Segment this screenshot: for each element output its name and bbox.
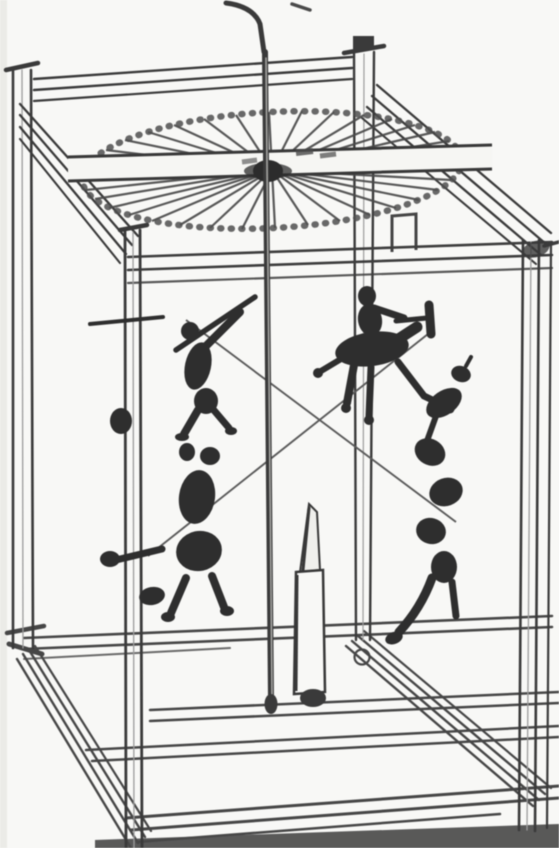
figure-horseman-lower-left bbox=[100, 443, 234, 622]
figure-rider-lower-right bbox=[383, 433, 466, 647]
front-top-rail bbox=[128, 242, 559, 283]
candle-body bbox=[294, 570, 325, 694]
scan-edge-strip bbox=[0, 0, 7, 848]
woodcut-illustration bbox=[0, 0, 559, 848]
candle bbox=[294, 504, 326, 707]
hanging-hook bbox=[226, 3, 264, 52]
trotting-horse-lamp-figure bbox=[0, 0, 559, 848]
figure-warrior-upper-left bbox=[90, 297, 255, 441]
frame-posts-back bbox=[6, 36, 551, 648]
lamp-base bbox=[7, 616, 559, 848]
artwork-container bbox=[0, 0, 559, 848]
top-crossbar bbox=[68, 145, 492, 182]
